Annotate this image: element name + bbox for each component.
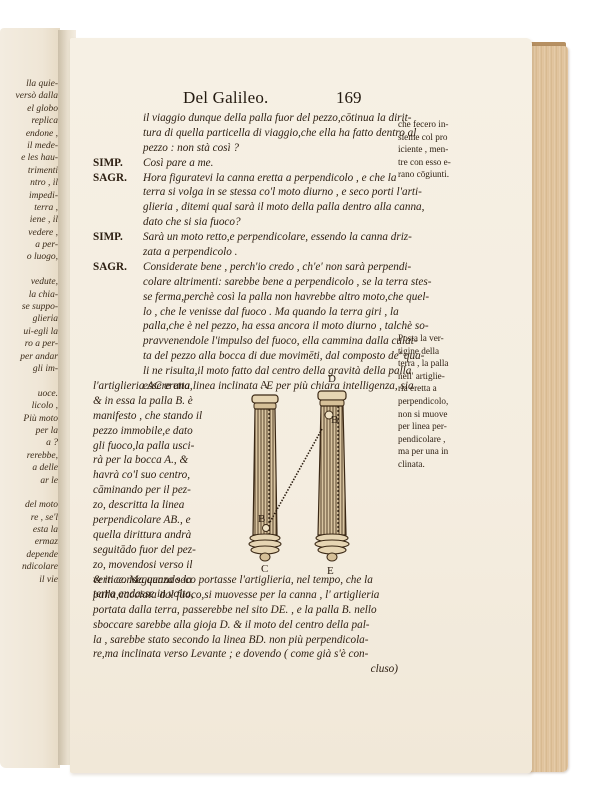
figure-side-line: gli fuoco,la palla usci-: [93, 439, 243, 454]
margin-note-line: ria eretta a: [398, 382, 449, 395]
left-page-fragment: uoce.: [2, 388, 58, 400]
left-page-fragment: [2, 264, 58, 276]
margin-note-line: ma per una in: [398, 445, 449, 458]
running-head: Del Galileo.: [183, 88, 268, 108]
line-text: il viaggio dunque della palla fuor del p…: [143, 112, 411, 124]
main-text-upper: il viaggio dunque della palla fuor del p…: [93, 111, 398, 394]
left-page-fragment: ntro , il: [2, 177, 58, 189]
left-page-fragment: trimenti: [2, 165, 58, 177]
left-page-text: lla quie-versò dallael globoreplicaendon…: [2, 78, 58, 586]
cannon-ac: [249, 395, 281, 561]
text-line: palla,cacciata dal fuoco,si muovesse per…: [93, 588, 398, 603]
text-line: pezzo : non stà così ?: [93, 141, 398, 156]
line-text: Hora figuratevi la canna eretta a perpen…: [143, 172, 396, 184]
line-text: li ne risulta,il moto fatto dal centro d…: [143, 365, 411, 377]
text-line: SIMP.Sarà un moto retto,e perpendicolare…: [93, 230, 398, 245]
line-text: Così pare a me.: [143, 157, 213, 169]
main-text-lower: & in conseguenza seco portasse l'artigli…: [93, 573, 398, 677]
left-page-fragment: ro a per-: [2, 338, 58, 350]
left-page-fragment: rerebbe,: [2, 450, 58, 462]
cannon-illustration: [248, 385, 363, 585]
figure-side-line: zo, descritta la linea: [93, 498, 243, 513]
line-text: terra si volga in se stessa co'l moto di…: [143, 186, 422, 198]
margin-note-line: tigine della: [398, 345, 449, 358]
text-line: pravvenendole l'impulso del fuoco, ella …: [93, 334, 398, 349]
text-line: il viaggio dunque della palla fuor del p…: [93, 111, 398, 126]
margin-note-line: perpendicolo,: [398, 395, 449, 408]
left-page-fragment: re , se'l: [2, 512, 58, 524]
left-page: lla quie-versò dallael globoreplicaendon…: [0, 28, 60, 768]
line-text: lo , che le venisse dal fuoco . Ma quand…: [143, 306, 399, 318]
left-page-fragment: el globo: [2, 103, 58, 115]
left-page-fragment: licolo ,: [2, 400, 58, 412]
text-line: dato che si sia fuoco?: [93, 215, 398, 230]
text-line: li ne risulta,il moto fatto dal centro d…: [93, 364, 398, 379]
left-page-fragment: per andar: [2, 351, 58, 363]
speaker-label: SAGR.: [93, 260, 143, 275]
margin-note-line: per linea per-: [398, 420, 449, 433]
left-page-fragment: la chia-: [2, 289, 58, 301]
figure-label-b-left: B: [258, 513, 265, 525]
figure-side-line: & in essa la palla B. è: [93, 394, 243, 409]
text-line: re,ma inclinata verso Levante ; e dovend…: [93, 647, 398, 662]
text-line: la , sarebbe stato secondo la linea BD. …: [93, 633, 398, 648]
text-line: SIMP.Così pare a me.: [93, 156, 398, 171]
speaker-label: SAGR.: [93, 171, 143, 186]
left-page-fragment: ndicolare: [2, 561, 58, 573]
margin-note-line: terra , la palla: [398, 357, 449, 370]
left-page-fragment: del moto: [2, 499, 58, 511]
left-page-fragment: ar le: [2, 475, 58, 487]
left-page-fragment: [2, 375, 58, 387]
text-line: portata dalla terra, passerebbe nel sito…: [93, 603, 398, 618]
margin-note-line: Posta la ver-: [398, 332, 449, 345]
left-page-fragment: per la: [2, 425, 58, 437]
left-page-fragment: il mede-: [2, 140, 58, 152]
left-page-fragment: versò dalla: [2, 90, 58, 102]
margin-note-line: tre con esso e-: [398, 156, 451, 169]
text-line: cluso): [93, 662, 398, 677]
text-line: terra si volga in se stessa co'l moto di…: [93, 185, 398, 200]
text-line: colare altrimenti: sarebbe bene a perpen…: [93, 275, 398, 290]
left-page-fragment: e les hau-: [2, 152, 58, 164]
line-text: glieria , ditemi qual sarà il moto della…: [143, 201, 424, 213]
figure-side-line: pezzo immobile,e dato: [93, 424, 243, 439]
text-line: ta del pezzo alla bocca di due movimēti,…: [93, 349, 398, 364]
text-line: palla,che è nel pezzo, ha essa ancora il…: [93, 319, 398, 334]
line-text: se ferma,perchè così la palla non havreb…: [143, 291, 429, 303]
margin-note-line: pendicolare ,: [398, 433, 449, 446]
figure-side-line: perpendicolare AB., e: [93, 513, 243, 528]
book-fore-edge: [528, 46, 568, 772]
left-page-fragment: glieria: [2, 313, 58, 325]
line-text: palla,che è nel pezzo, ha essa ancora il…: [143, 320, 429, 332]
line-text: pravvenendole l'impulso del fuoco, ella …: [143, 335, 418, 347]
left-page-fragment: replica: [2, 115, 58, 127]
margin-note-line: sieme col pro: [398, 131, 451, 144]
margin-note-line: che fecero in-: [398, 118, 451, 131]
book-photo: lla quie-versò dallael globoreplicaendon…: [0, 0, 600, 789]
figure-side-line: cāminando per il pez-: [93, 483, 243, 498]
text-line: & in conseguenza seco portasse l'artigli…: [93, 573, 398, 588]
line-text: pezzo : non stà così ?: [143, 142, 239, 154]
speaker-label: SIMP.: [93, 156, 143, 171]
margin-note-2: Posta la ver-tigine dellaterra , la pall…: [398, 332, 449, 471]
figure-label-a: A: [260, 379, 268, 391]
left-page-fragment: vedere ,: [2, 227, 58, 239]
line-text: colare altrimenti: sarebbe bene a perpen…: [143, 276, 431, 288]
left-page-fragment: lla quie-: [2, 78, 58, 90]
left-page-fragment: il vie: [2, 574, 58, 586]
figure-label-b-right: B: [331, 414, 338, 426]
line-text: zata a perpendicolo .: [143, 246, 237, 258]
figure-side-line: zo, movendosi verso il: [93, 558, 243, 573]
line-text: tura di quella particella di viaggio,che…: [143, 127, 416, 139]
figure-side-line: seguitādo fuor del pez-: [93, 543, 243, 558]
left-page-fragment: iene , il: [2, 214, 58, 226]
text-line: se ferma,perchè così la palla non havreb…: [93, 290, 398, 305]
left-page-fragment: se suppo-: [2, 301, 58, 313]
line-text: dato che si sia fuoco?: [143, 216, 241, 228]
left-page-fragment: a delle: [2, 462, 58, 474]
left-page-fragment: Più moto: [2, 413, 58, 425]
left-page-fragment: a per-: [2, 239, 58, 251]
text-line: lo , che le venisse dal fuoco . Ma quand…: [93, 305, 398, 320]
text-line: SAGR.Hora figuratevi la canna eretta a p…: [93, 171, 398, 186]
line-text: Considerate bene , perch'io credo , ch'e…: [143, 261, 411, 273]
speaker-label: SIMP.: [93, 230, 143, 245]
text-line: SAGR.Considerate bene , perch'io credo ,…: [93, 260, 398, 275]
figure-side-line: rà per la bocca A., &: [93, 453, 243, 468]
left-page-fragment: [2, 487, 58, 499]
left-page-fragment: gli im-: [2, 363, 58, 375]
margin-note-line: iciente , men-: [398, 143, 451, 156]
left-page-fragment: ui-egli la: [2, 326, 58, 338]
cannon-figure: A B C D B E: [248, 385, 363, 585]
left-page-fragment: depende: [2, 549, 58, 561]
left-page-fragment: vedute,: [2, 276, 58, 288]
line-text: ta del pezzo alla bocca di due movimēti,…: [143, 350, 424, 362]
left-page-fragment: terra ,: [2, 202, 58, 214]
figure-side-line: l'artiglieria AC eretta,: [93, 379, 243, 394]
figure-side-line: quella dirittura andrà: [93, 528, 243, 543]
margin-note-line: rano cōgiunti.: [398, 168, 451, 181]
margin-note-line: non si muove: [398, 408, 449, 421]
figure-side-line: havrà co'l suo centro,: [93, 468, 243, 483]
page-number: 169: [336, 88, 362, 108]
text-line: glieria , ditemi qual sarà il moto della…: [93, 200, 398, 215]
text-line: zata a perpendicolo .: [93, 245, 398, 260]
left-page-fragment: o luogo,: [2, 251, 58, 263]
left-page-fragment: endone ,: [2, 128, 58, 140]
text-line: sboccare sarebbe alla gioja D. & il moto…: [93, 618, 398, 633]
figure-side-line: manifesto , che stando il: [93, 409, 243, 424]
trajectory-line: [270, 429, 322, 522]
left-page-fragment: esta la: [2, 524, 58, 536]
figure-side-text: l'artiglieria AC eretta,& in essa la pal…: [93, 379, 243, 602]
figure-label-d: D: [328, 373, 336, 385]
margin-note-1: che fecero in-sieme col proiciente , men…: [398, 118, 451, 181]
left-page-fragment: impedi-: [2, 190, 58, 202]
margin-note-line: nell' artiglie-: [398, 370, 449, 383]
text-line: tura di quella particella di viaggio,che…: [93, 126, 398, 141]
margin-note-line: clinata.: [398, 458, 449, 471]
left-page-fragment: a ?: [2, 437, 58, 449]
line-text: Sarà un moto retto,e perpendicolare, ess…: [143, 231, 412, 243]
left-page-fragment: ermaz: [2, 536, 58, 548]
